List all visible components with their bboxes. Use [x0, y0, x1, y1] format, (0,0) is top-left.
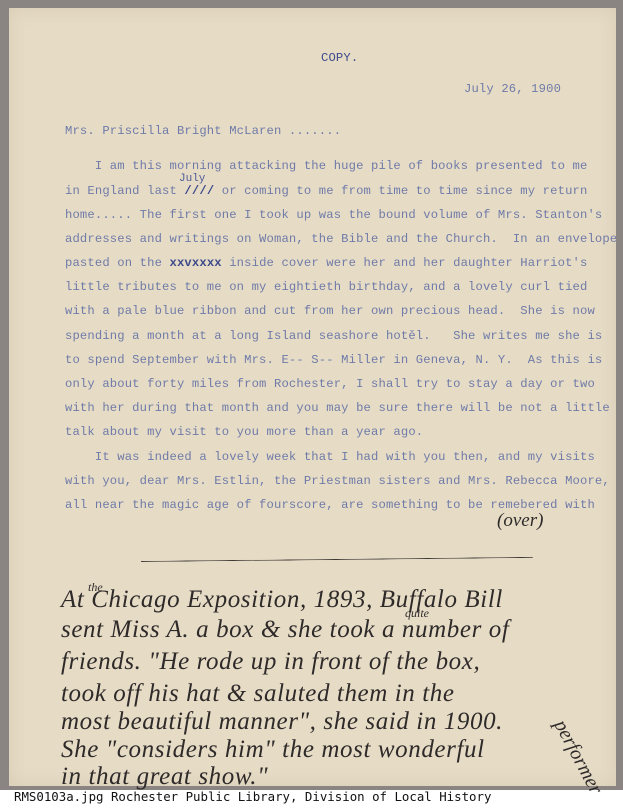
handwritten-line-2: sent Miss A. a box & she took a number o…: [61, 616, 509, 644]
body-line-9: to spend September with Mrs. E-- S-- Mil…: [65, 353, 602, 367]
body-line-14: with you, dear Mrs. Estlin, the Priestma…: [65, 474, 610, 488]
handwritten-line-4: took off his hat & saluted them in the: [61, 680, 455, 708]
body-line-11: with her during that month and you may b…: [65, 401, 610, 415]
body-line-12: talk about my visit to you more than a y…: [65, 425, 423, 439]
body-line-5-start: pasted on the: [65, 256, 170, 270]
crossed-out-word: xxvxxxx: [170, 256, 222, 270]
handwritten-line-1: At Chicago Exposition, 1893, Buffalo Bil…: [61, 586, 503, 614]
heading-copy: COPY.: [321, 51, 358, 65]
body-line-7: with a pale blue ribbon and cut from her…: [65, 304, 595, 318]
letter-page: COPY. July 26, 1900 Mrs. Priscilla Brigh…: [9, 8, 616, 786]
body-line-1: I am this morning attacking the huge pil…: [65, 159, 587, 173]
body-line-10: only about forty miles from Rochester, I…: [65, 377, 595, 391]
body-line-2-start: in England last: [65, 184, 184, 198]
body-line-2-end: or coming to me from time to time since …: [214, 184, 587, 198]
body-line-13: It was indeed a lovely week that I had w…: [65, 450, 595, 464]
body-line-3: home..... The first one I took up was th…: [65, 208, 602, 222]
letter-date: July 26, 1900: [464, 82, 561, 96]
handwritten-line-6: She "considers him" the most wonderful: [61, 736, 485, 764]
body-line-5-end: inside cover were her and her daughter H…: [222, 256, 588, 270]
divider-line: [141, 557, 533, 562]
body-line-6: little tributes to me on my eightieth bi…: [65, 280, 587, 294]
image-caption: RMS0103a.jpg Rochester Public Library, D…: [14, 789, 491, 804]
body-line-2: in England last //// or coming to me fro…: [65, 184, 587, 198]
body-line-5: pasted on the xxvxxxx inside cover were …: [65, 256, 587, 270]
over-note: (over): [497, 510, 543, 532]
handwritten-line-7: in that great show.": [61, 763, 268, 791]
salutation: Mrs. Priscilla Bright McLaren .......: [65, 124, 341, 138]
handwritten-line-5: most beautiful manner", she said in 1900…: [61, 708, 503, 736]
body-line-4: addresses and writings on Woman, the Bib…: [65, 232, 617, 246]
handwritten-line-3: friends. "He rode up in front of the box…: [61, 648, 480, 676]
struck-word: ////: [184, 184, 214, 198]
body-line-8: spending a month at a long Island seasho…: [65, 329, 602, 343]
